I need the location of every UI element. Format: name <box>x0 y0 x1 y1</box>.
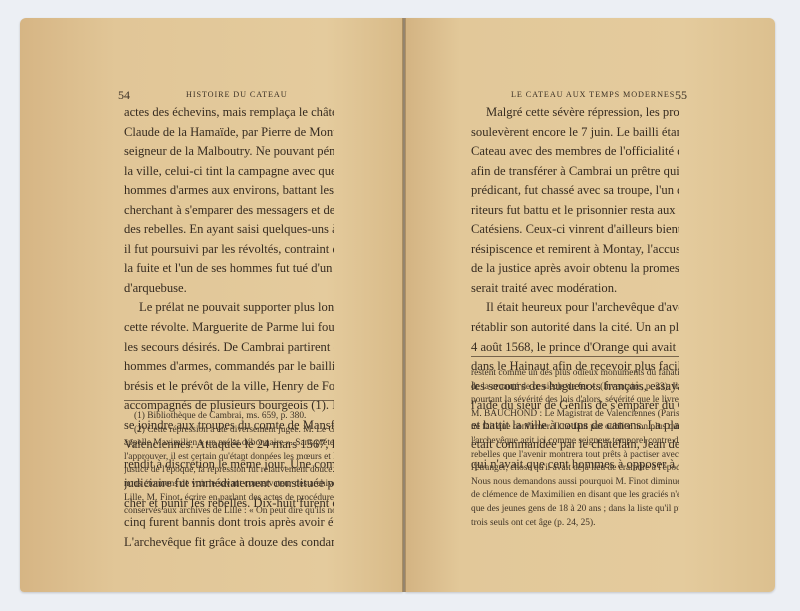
book-spine <box>402 18 406 592</box>
footnote-line: (2) Cette répression a été diversement j… <box>124 424 334 438</box>
footnote-line: nous étonnons de voir le savant conserva… <box>124 478 334 492</box>
text-line: d'arquebuse. <box>124 279 334 299</box>
text-line: cherchant à s'emparer des messagers et d… <box>124 201 334 221</box>
footnote-line: l'étranger, chose qu'il avait déjà lieu … <box>471 462 679 476</box>
right-page-number: 55 <box>675 88 687 103</box>
footnote-line: conservés aux archives de Lille : « On p… <box>124 505 334 519</box>
footnote-line: (1) Bibliothèque de Cambrai, ms. 659, p.… <box>124 410 334 424</box>
text-line: la ville, celui-ci tint la campagne avec… <box>124 162 334 182</box>
left-running-head: HISTOIRE DU CATEAU <box>186 90 288 99</box>
text-line: serait traité avec modération. <box>471 279 679 299</box>
footnote-line: l'archevêque agit ici comme seigneur tem… <box>471 435 679 449</box>
footnote-line: trois seuls ont cet âge (p. 24, 25). <box>471 517 679 531</box>
text-line: afin de transférer à Cambrai un prêtre q… <box>471 162 679 182</box>
footnote-line: l'approuver, il est certain qu'étant don… <box>124 451 334 465</box>
text-line: la fuite et l'un de ses hommes fut tué d… <box>124 259 334 279</box>
text-line: riteurs fut battu et le prisonnier resta… <box>471 201 679 221</box>
footnote-line: pourtant la sévérité des lois d'alors, s… <box>471 394 679 408</box>
text-line: résipiscence et remirent à Montay, l'acc… <box>471 240 679 260</box>
text-line: rétablir son autorité dans la cité. Un a… <box>471 318 679 338</box>
left-footnotes: (1) Bibliothèque de Cambrai, ms. 659, p.… <box>124 410 334 519</box>
text-line: soulevèrent encore le 7 juin. Le bailli … <box>471 123 679 143</box>
right-running-head: LE CATEAU AUX TEMPS MODERNES <box>511 90 675 99</box>
text-line: brésis et le prévôt de la ville, Henry d… <box>124 377 334 397</box>
text-line: cette révolte. Marguerite de Parme lui f… <box>124 318 334 338</box>
text-line: de la justice après avoir obtenu la prom… <box>471 259 679 279</box>
text-line: Claude de la Hamaïde, par Pierre de Mont… <box>124 123 334 143</box>
text-line: il fut poursuivi par les révoltés, contr… <box>124 240 334 260</box>
footnote-line: de la cruauté de ce siècle de fer ». (In… <box>471 381 679 395</box>
right-footnotes: restent comme un des plus odieux monumen… <box>471 367 679 530</box>
footnote-line: de clémence de Maximilien en disant que … <box>471 489 679 503</box>
right-footnote-rule <box>471 356 679 357</box>
footnote-line: M. BAUCHOND : Le Magistrat de Valencienn… <box>471 408 679 422</box>
text-line: seigneur de la Malboutry. Ne pouvant pén… <box>124 142 334 162</box>
footnote-line: Nous nous demandons aussi pourquoi M. Fi… <box>471 476 679 490</box>
text-line: hommes d'armes aux environs, battant les… <box>124 181 334 201</box>
footnote-line: restent comme un des plus odieux monumen… <box>471 367 679 381</box>
left-page-number: 54 <box>118 88 130 103</box>
left-footnote-rule <box>124 400 334 401</box>
footnote-line: que des jeunes gens de 18 à 20 ans ; dan… <box>471 503 679 517</box>
text-line: Il était heureux pour l'archevêque d'avo… <box>471 298 679 318</box>
footnote-line: ne fait que confirmer. Il ne faut pas ou… <box>471 421 679 435</box>
text-line: Malgré cette sévère répression, les prot… <box>471 103 679 123</box>
text-line: les secours désirés. De Cambrai partiren… <box>124 338 334 358</box>
text-line: Le prélat ne pouvait supporter plus long… <box>124 298 334 318</box>
text-line: Cateau avec des membres de l'officialité… <box>471 142 679 162</box>
text-line: actes des échevins, mais remplaça le châ… <box>124 103 334 123</box>
text-line: hommes d'armes, commandés par le bailli … <box>124 357 334 377</box>
footnote-line: appelle Maximilien « un prélat débonnair… <box>124 437 334 451</box>
text-line: des rebelles. En ayant saisi quelques-un… <box>124 220 334 240</box>
text-line: prédicant, fut chassé avec sa troupe, l'… <box>471 181 679 201</box>
footnote-line: justice de l'époque, la répression fut r… <box>124 464 334 478</box>
footnote-line: Lille, M. Finot, écrire en parlant des a… <box>124 492 334 506</box>
text-line: L'archevêque fit grâce à douze des conda… <box>124 533 334 553</box>
footnote-line: rebelles que l'avenir montrera tout prêt… <box>471 449 679 463</box>
text-line: Catésiens. Ceux-ci vinrent d'ailleurs bi… <box>471 220 679 240</box>
text-line: 4 août 1568, le prince d'Orange qui avai… <box>471 338 679 358</box>
